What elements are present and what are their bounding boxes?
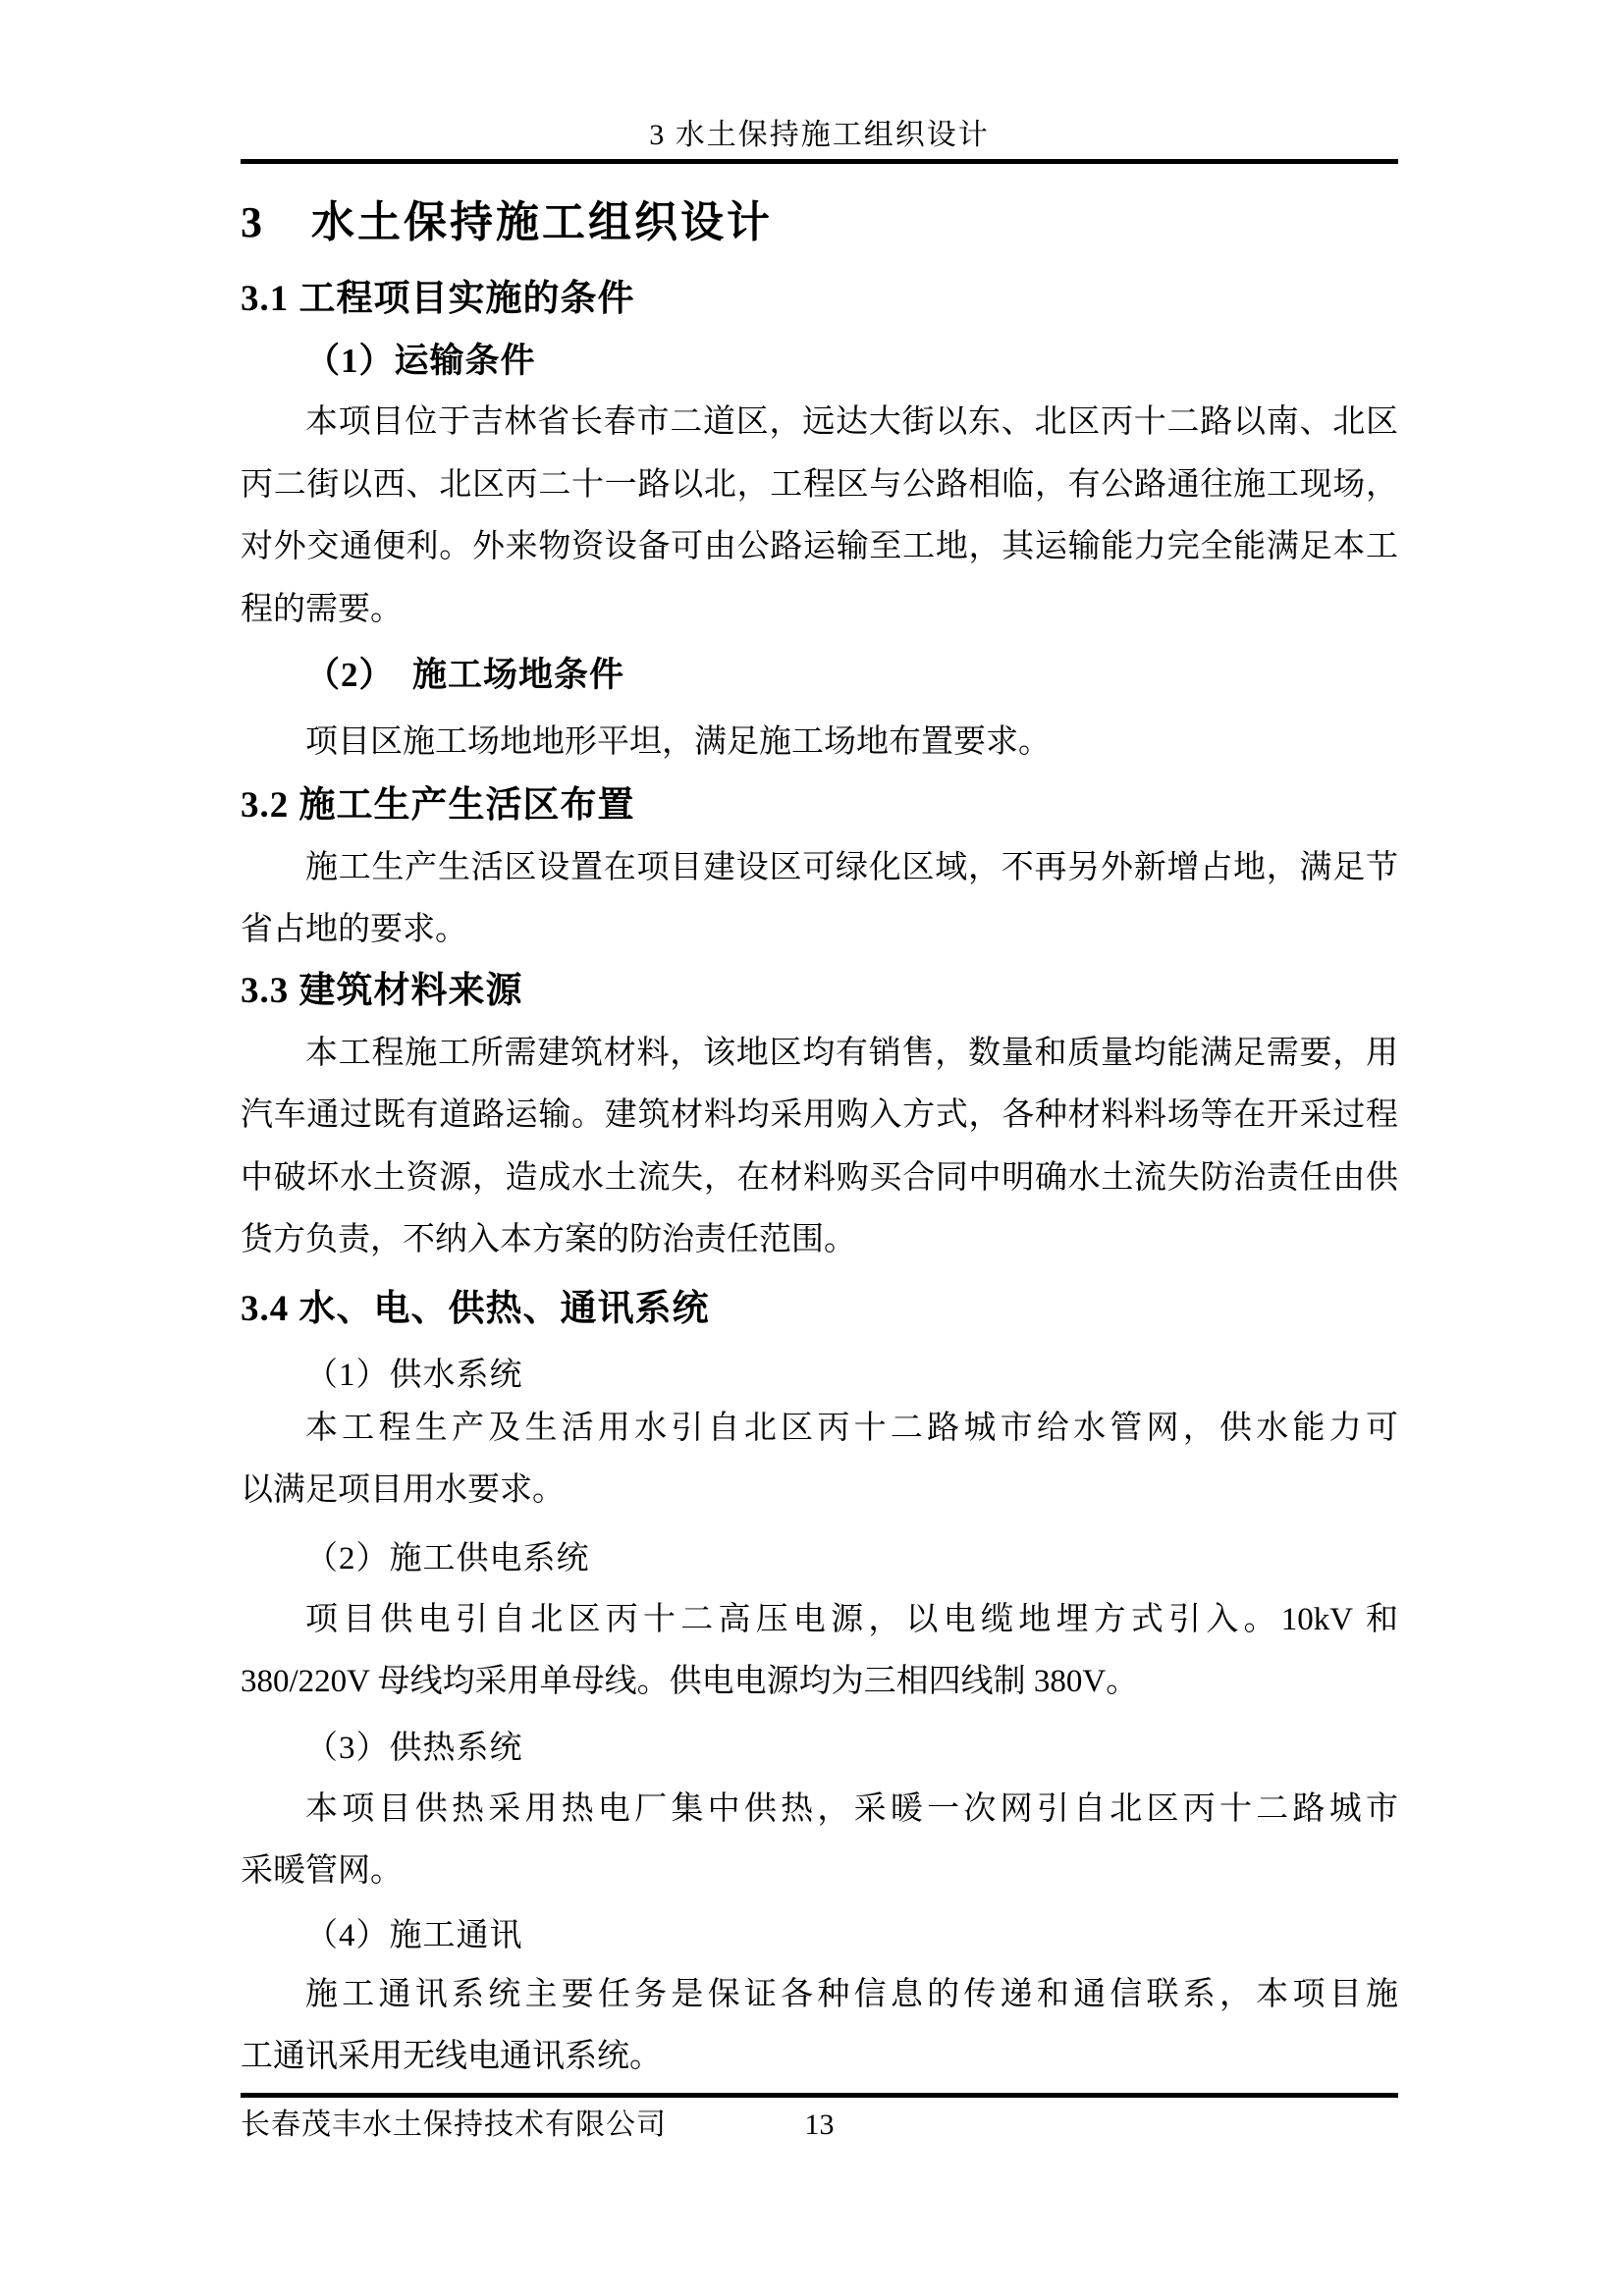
subheading-water-supply: （1）供水系统 [305,1353,1398,1398]
subheading-heat-supply: （3）供热系统 [305,1726,1398,1771]
subheading-transport-conditions: （1）运输条件 [305,339,1398,384]
header-rule [241,159,1398,164]
text-line: 本工程施工所需建筑材料，该地区均有销售，数量和质量均能满足需要，用 [241,1023,1398,1086]
section-heading-3-4: 3.4 水、电、供热、通讯系统 [241,1286,1398,1333]
footer-page-number: 13 [805,2106,835,2145]
footer-company-name: 长春茂丰水土保持技术有限公司 [241,2109,667,2141]
text-line: 省占地的要求。 [241,899,1398,962]
subheading-site-conditions: （2） 施工场地条件 [305,653,1398,698]
text-line: 本工程生产及生活用水引自北区丙十二路城市给水管网，供水能力可 [241,1398,1398,1461]
paragraph-living-area: 施工生产生活区设置在项目建设区可绿化区域，不再另外新增占地，满足节省占地的要求。 [241,837,1398,962]
section-heading-3-3: 3.3 建筑材料来源 [241,968,1398,1015]
text-line: 工通讯采用无线电通讯系统。 [241,2026,1398,2089]
footer-row: 长春茂丰水土保持技术有限公司 13 [241,2106,1398,2145]
text-line: 以满足项目用水要求。 [241,1460,1398,1522]
text-line: 本项目位于吉林省长春市二道区，远达大街以东、北区丙十二路以南、北区 [241,392,1398,454]
text-line: 汽车通过既有道路运输。建筑材料均采用购入方式，各种材料料场等在开采过程 [241,1085,1398,1148]
paragraph-heat-supply: 本项目供热采用热电厂集中供热，采暖一次网引自北区丙十二路城市采暖管网。 [241,1779,1398,1903]
page-footer: 长春茂丰水土保持技术有限公司 13 [241,2093,1398,2145]
paragraph-water-supply: 本工程生产及生活用水引自北区丙十二路城市给水管网，供水能力可以满足项目用水要求。 [241,1398,1398,1522]
footer-rule [241,2093,1398,2098]
section-heading-3-1: 3.1 工程项目实施的条件 [241,276,1398,323]
text-line: 采暖管网。 [241,1841,1398,1903]
paragraph-transport: 本项目位于吉林省长春市二道区，远达大街以东、北区丙十二路以南、北区丙二街以西、北… [241,392,1398,641]
paragraph-site: 项目区施工场地地形平坦，满足施工场地布置要求。 [241,712,1398,774]
text-line: 项目区施工场地地形平坦，满足施工场地布置要求。 [241,712,1398,774]
text-line: 项目供电引自北区丙十二高压电源，以电缆地埋方式引入。10kV 和 [241,1589,1398,1652]
text-line: 对外交通便利。外来物资设备可由公路运输至工地，其运输能力完全能满足本工 [241,516,1398,579]
text-line: 丙二街以西、北区丙二十一路以北，工程区与公路相临，有公路通往施工现场， [241,454,1398,517]
paragraph-communication: 施工通讯系统主要任务是保证各种信息的传递和通信联系，本项目施工通讯采用无线电通讯… [241,1964,1398,2089]
running-header: 3 水土保持施工组织设计 [241,118,1398,153]
subheading-power-supply: （2）施工供电系统 [305,1536,1398,1581]
text-line: 中破坏水土资源，造成水土流失，在材料购买合同中明确水土流失防治责任由供 [241,1148,1398,1210]
text-line: 程的需要。 [241,579,1398,642]
paragraph-materials: 本工程施工所需建筑材料，该地区均有销售，数量和质量均能满足需要，用汽车通过既有道… [241,1023,1398,1272]
subheading-communication: （4）施工通讯 [305,1913,1398,1958]
text-line: 本项目供热采用热电厂集中供热，采暖一次网引自北区丙十二路城市 [241,1779,1398,1842]
document-page: 3 水土保持施工组织设计 3 水土保持施工组织设计 3.1 工程项目实施的条件 … [0,0,1624,2296]
section-heading-3-2: 3.2 施工生产生活区布置 [241,782,1398,829]
chapter-title: 3 水土保持施工组织设计 [241,195,1398,250]
text-line: 施工生产生活区设置在项目建设区可绿化区域，不再另外新增占地，满足节 [241,837,1398,900]
page-content: 3 水土保持施工组织设计 3 水土保持施工组织设计 3.1 工程项目实施的条件 … [241,0,1398,2089]
paragraph-power-supply: 项目供电引自北区丙十二高压电源，以电缆地埋方式引入。10kV 和380/220V… [241,1589,1398,1714]
text-line: 施工通讯系统主要任务是保证各种信息的传递和通信联系，本项目施 [241,1964,1398,2027]
text-line: 380/220V 母线均采用单母线。供电电源均为三相四线制 380V。 [241,1651,1398,1714]
text-line: 货方负责，不纳入本方案的防治责任范围。 [241,1209,1398,1272]
